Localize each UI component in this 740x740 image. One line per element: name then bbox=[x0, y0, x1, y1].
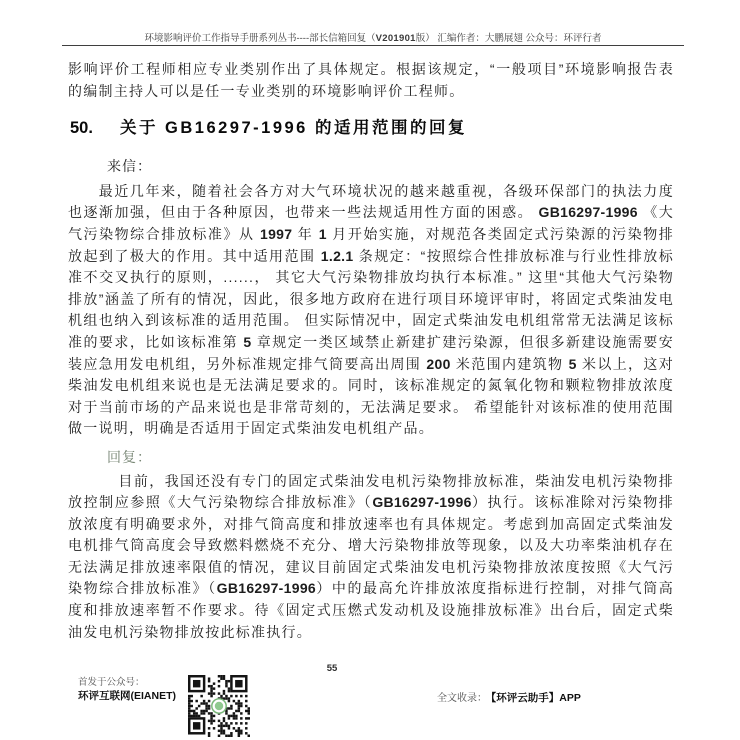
intro-paragraph: 影响评价工程师相应专业类别作出了具体规定。根据该规定，“一般项目”环境影响报告表… bbox=[68, 59, 674, 102]
letter-label: 来信： bbox=[107, 156, 674, 178]
document-page: 环境影响评价工作指导手册系列丛书----部长信箱回复（V201901版） 汇编作… bbox=[0, 0, 740, 740]
reply-body: 目前，我国还没有专门的固定式柴油发电机污染物排放标准，柴油发电机污染物排放控制应… bbox=[68, 471, 674, 644]
page-header: 环境影响评价工作指导手册系列丛书----部长信箱回复（V201901版） 汇编作… bbox=[64, 30, 682, 44]
document-content: 影响评价工程师相应专业类别作出了具体规定。根据该规定，“一般项目”环境影响报告表… bbox=[68, 55, 674, 643]
qr-code-icon bbox=[188, 675, 250, 737]
section-number: 50. bbox=[70, 119, 93, 137]
section-title: 50.关于 GB16297-1996 的适用范围的回复 bbox=[70, 116, 674, 140]
footer-app-prefix: 全文收录： bbox=[437, 693, 487, 704]
footer-publisher-line1: 首发于公众号： bbox=[78, 676, 176, 690]
letter-body: 最近几年来，随着社会各方对大气环境状况的越来越重视，各级环保部门的执法力度也逐渐… bbox=[68, 181, 674, 440]
footer-app-name: 【环评云助手】APP bbox=[491, 692, 581, 704]
footer-publisher-line2: 环评互联网(EIANET) bbox=[78, 690, 176, 704]
footer-publisher: 首发于公众号： 环评互联网(EIANET) bbox=[78, 676, 176, 703]
footer-app-note: 全文收录：【环评云助手】APP bbox=[437, 689, 581, 705]
header-rule bbox=[62, 45, 684, 46]
reply-label: 回复： bbox=[107, 447, 674, 469]
section-title-text: 关于 GB16297-1996 的适用范围的回复 bbox=[120, 119, 467, 137]
page-number: 55 bbox=[0, 663, 664, 674]
